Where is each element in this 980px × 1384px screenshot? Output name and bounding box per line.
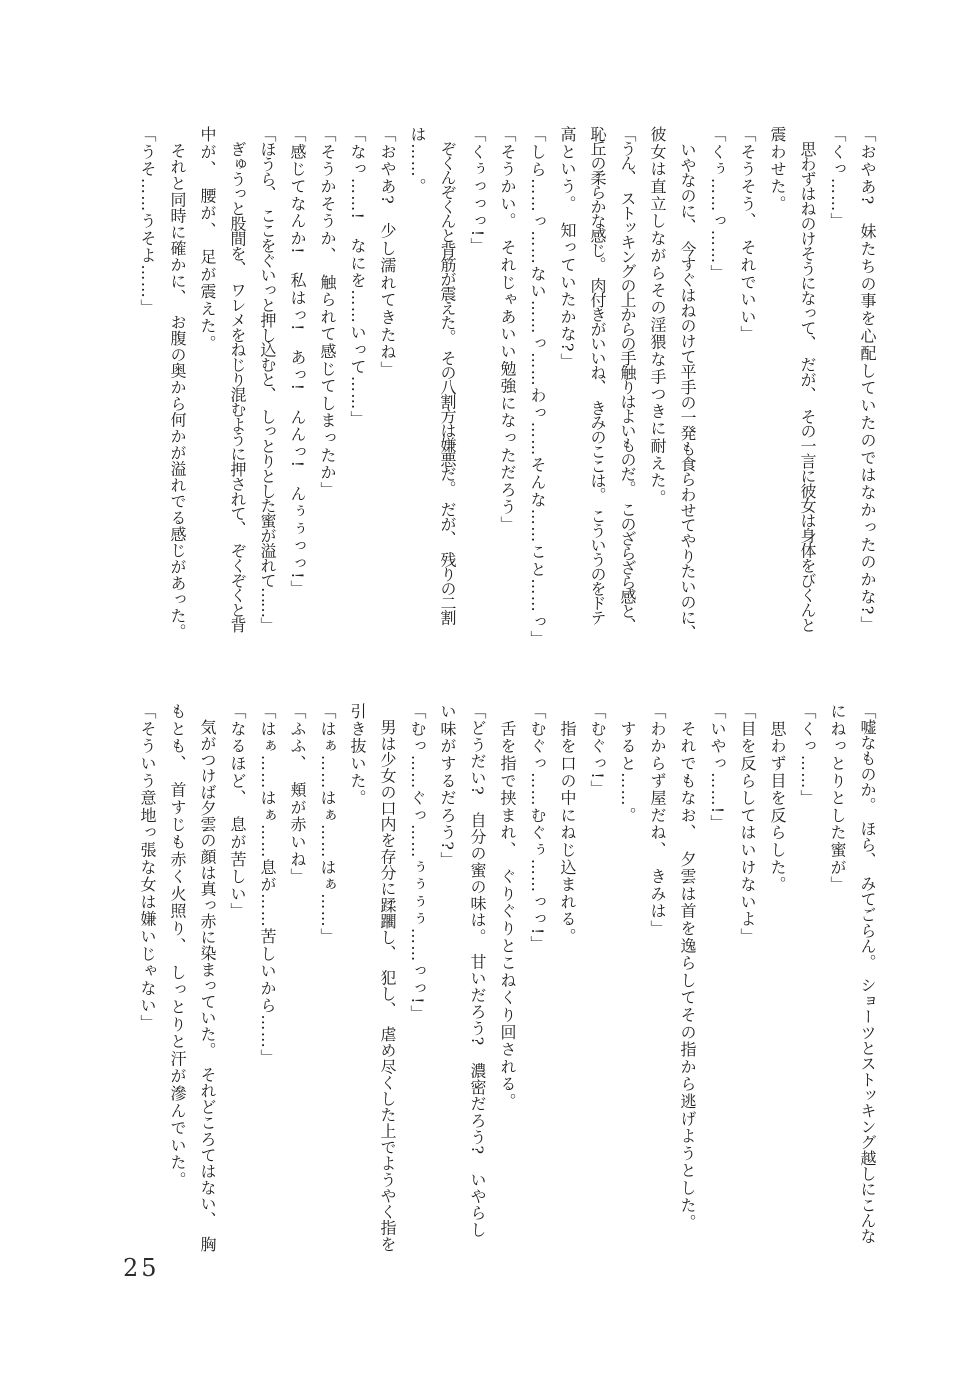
text-column: 思わずはねのけそうになって、 だが、 その一言に彼女は身体をびくんと bbox=[792, 126, 822, 648]
text-column: 「感じてなんか! 私はっ! あっ! んんっ! んぅぅっっ!」 bbox=[282, 126, 312, 648]
text-column: い味がするだろう?」 bbox=[432, 703, 462, 1252]
text-column: 「むっ……ぐっ……ぅぅぅぅ……っっ!」 bbox=[402, 703, 432, 1252]
text-column: 恥丘の柔らかな感じ。 肉付きがいいね、 きみのここは。 こういうのをドテ bbox=[582, 126, 612, 648]
text-column: 「くぅっっっ!」 bbox=[462, 126, 492, 648]
text-column: 「ふふ、 頬が赤いね」 bbox=[282, 703, 312, 1252]
text-column: 「はぁ……はぁ……息が……苦しいから……」 bbox=[252, 703, 282, 1252]
text-column: 「はぁ……はぁ……はぁ……」 bbox=[312, 703, 342, 1252]
text-column: 「おやあ? 妹たちの事を心配していたのではなかったのかな?」 bbox=[852, 126, 882, 648]
text-column: にねっとりとした蜜が」 bbox=[822, 703, 852, 1252]
text-column: 「嘘なものか。 ほら、 みてごらん。 ショーツとストッキング越しにこんな bbox=[852, 703, 882, 1252]
text-column: 「むぐっ!」 bbox=[582, 703, 612, 1252]
text-column: すると……。 bbox=[612, 703, 642, 1252]
text-column: 「いやっ……!」 bbox=[702, 703, 732, 1252]
text-column: 男は少女の口内を存分に蹂躙し、 犯し、 虐め尽くした上でようやく指を bbox=[372, 703, 402, 1252]
text-block-bottom: 「嘘なものか。 ほら、 みてごらん。 ショーツとストッキング越しにこんなにねっと… bbox=[132, 703, 882, 1252]
text-column: 引き抜いた。 bbox=[342, 703, 372, 1252]
text-column: もとも、 首すじも赤く火照り、 しっとりと汗が滲んでいた。 bbox=[162, 703, 192, 1252]
text-column: 「目を反らしてはいけないよ」 bbox=[732, 703, 762, 1252]
text-column: 「そういう意地っ張な女は嫌いじゃない」 bbox=[132, 703, 162, 1252]
text-column: 「ほうら、 ここをぐいっと押し込むと、 しっとりとした蜜が溢れて……」 bbox=[252, 126, 282, 648]
text-column: 「おやあ? 少し濡れてきたね」 bbox=[372, 126, 402, 648]
text-block-top: 「おやあ? 妹たちの事を心配していたのではなかったのかな?」「くっ……」 思わず… bbox=[132, 126, 882, 648]
text-column: 「そうそう、 それでいい」 bbox=[732, 126, 762, 648]
text-column: ぞくんぞくんと背筋が震えた。 その八割方は嫌悪だ。 だが、 残りの二割 bbox=[432, 126, 462, 648]
text-column: 「わからず屋だね、 きみは」 bbox=[642, 703, 672, 1252]
text-column: 「なるほど、 息が苦しい」 bbox=[222, 703, 252, 1252]
text-column: 舌を指で挟まれ、 ぐりぐりとこねくり回される。 bbox=[492, 703, 522, 1252]
text-column: 思わず目を反らした。 bbox=[762, 703, 792, 1252]
text-column: 「そうかい。 それじゃあいい勉強になっただろう」 bbox=[492, 126, 522, 648]
text-column: 震わせた。 bbox=[762, 126, 792, 648]
text-column: 「くっ……」 bbox=[792, 703, 822, 1252]
text-column: 「くぅ……っ……」 bbox=[702, 126, 732, 648]
text-column: 「うそ……うそよ……」 bbox=[132, 126, 162, 648]
text-column: 指を口の中にねじ込まれる。 bbox=[552, 703, 582, 1252]
text-column: 中が、 腰が、 足が震えた。 bbox=[192, 126, 222, 648]
text-column: 「なっ……! なにを……いって……」 bbox=[342, 126, 372, 648]
text-column: いやなのに、 今すぐはねのけて平手の一発も食らわせてやりたいのに、 bbox=[672, 126, 702, 648]
text-column: 「くっ……」 bbox=[822, 126, 852, 648]
text-column: それと同時に確かに、 お腹の奥から何かが溢れでる感じがあった。 bbox=[162, 126, 192, 648]
text-column: 気がつけば夕雲の顔は真っ赤に染まっていた。 それどころてはない、 胸 bbox=[192, 703, 222, 1252]
text-column: ぎゅうっと股間を、 ワレメをねじり混むように押されて、 ぞくぞくと背 bbox=[222, 126, 252, 648]
text-column: 「うん、 ストッキングの上からの手触りはよいものだ。 このざらざら感と、 bbox=[612, 126, 642, 648]
text-column: 「どうだい? 自分の蜜の味は。 甘いだろう? 濃密だろう? いやらし bbox=[462, 703, 492, 1252]
page-number: 25 bbox=[123, 1254, 160, 1282]
text-column: 高という。 知っていたかな?」 bbox=[552, 126, 582, 648]
text-column: は……。 bbox=[402, 126, 432, 648]
text-column: 「しら……っ……ない……っ……わっ……そんな……こと……っ」 bbox=[522, 126, 552, 648]
text-column: それでもなお、 夕雲は首を逸らしてその指から逃げようとした。 bbox=[672, 703, 702, 1252]
text-column: 彼女は直立しながらその淫猥な手つきに耐えた。 bbox=[642, 126, 672, 648]
text-column: 「そうかそうか、 触られて感じてしまったか」 bbox=[312, 126, 342, 648]
text-column: 「むぐっ……むぐぅ……っっ!」 bbox=[522, 703, 552, 1252]
